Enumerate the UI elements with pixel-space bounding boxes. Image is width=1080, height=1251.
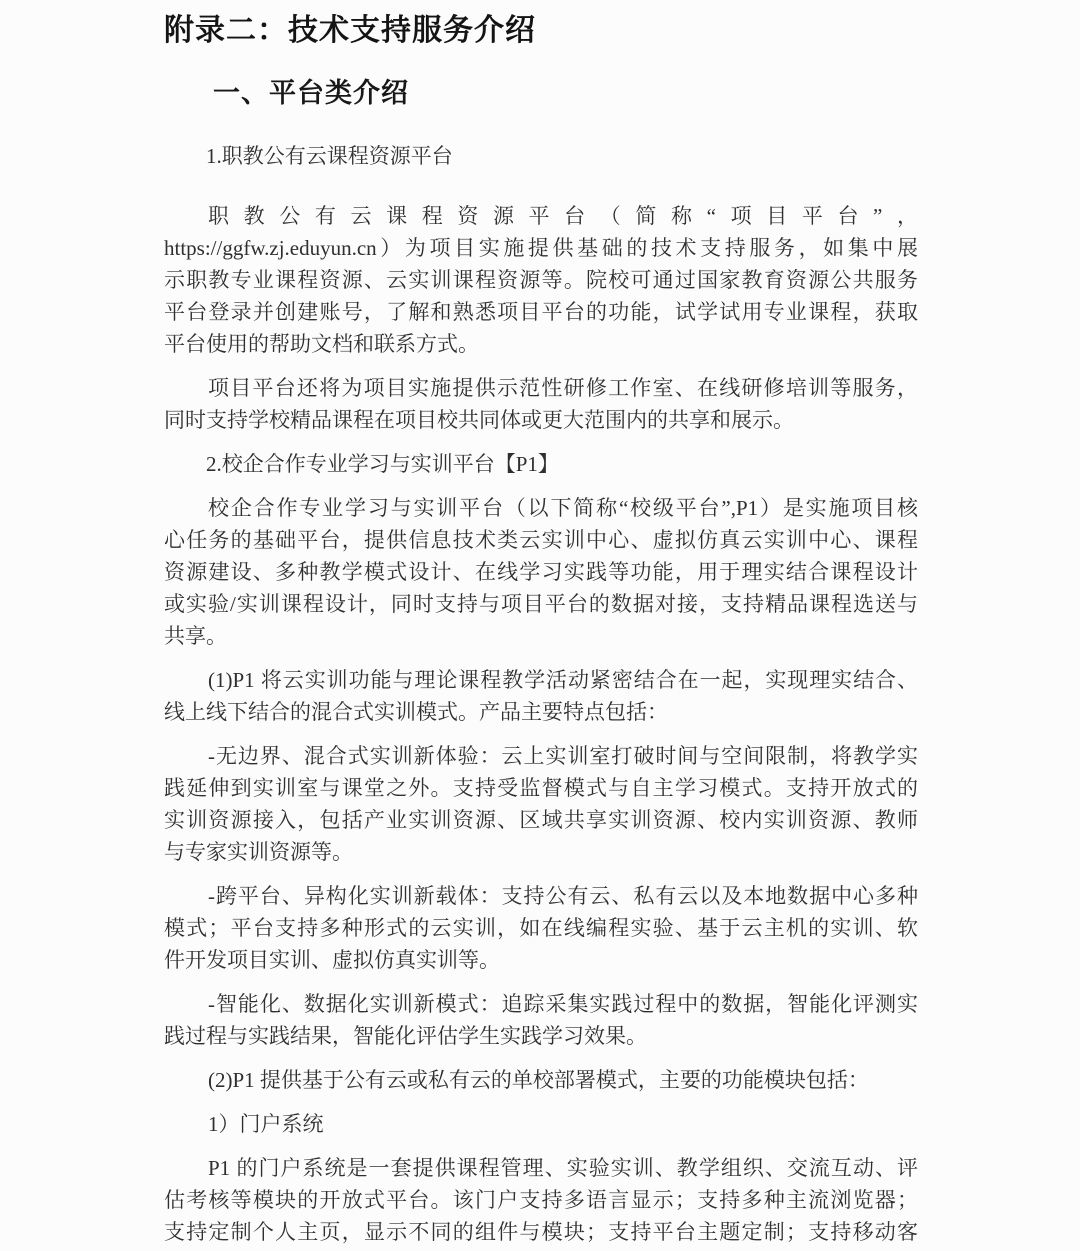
paragraph-line: 平台登录并创建账号，了解和熟悉项目平台的功能，试学试用专业课程，获取 — [164, 296, 918, 328]
item-heading: 1.职教公有云课程资源平台 — [164, 140, 918, 172]
paragraph-line: -无边界、混合式实训新体验：云上实训室打破时间与空间限制，将教学实 — [164, 740, 918, 772]
paragraph-line: 与专家实训资源等。 — [164, 836, 918, 868]
paragraph-block: -跨平台、异构化实训新载体：支持公有云、私有云以及本地数据中心多种模式；平台支持… — [164, 880, 918, 976]
paragraph-block: 校企合作专业学习与实训平台（以下简称“校级平台”,P1）是实施项目核心任务的基础… — [164, 492, 918, 652]
paragraph-block: -智能化、数据化实训新模式：追踪采集实践过程中的数据，智能化评测实践过程与实践结… — [164, 988, 918, 1052]
paragraph-line: 或实验/实训课程设计，同时支持与项目平台的数据对接，支持精品课程选送与 — [164, 588, 918, 620]
paragraph-block: 项目平台还将为项目实施提供示范性研修工作室、在线研修培训等服务，同时支持学校精品… — [164, 372, 918, 436]
paragraph-line: 件开发项目实训、虚拟仿真实训等。 — [164, 944, 918, 976]
document-page: 附录二：技术支持服务介绍 一、平台类介绍 1.职教公有云课程资源平台职教公有云课… — [0, 0, 1080, 1251]
paragraph-line: 共享。 — [164, 620, 918, 652]
document-body: 1.职教公有云课程资源平台职教公有云课程资源平台（简称“项目平台”，https:… — [164, 128, 918, 1248]
paragraph-line: 模式；平台支持多种形式的云实训，如在线编程实验、基于云主机的实训、软 — [164, 912, 918, 944]
paragraph-line: 平台使用的帮助文档和联系方式。 — [164, 328, 918, 360]
item-heading-block: 1.职教公有云课程资源平台 — [164, 140, 918, 172]
paragraph-block: -无边界、混合式实训新体验：云上实训室打破时间与空间限制，将教学实践延伸到实训室… — [164, 740, 918, 868]
paragraph-line: (2)P1 提供基于公有云或私有云的单校部署模式，主要的功能模块包括： — [164, 1064, 918, 1096]
paragraph-block: (2)P1 提供基于公有云或私有云的单校部署模式，主要的功能模块包括： — [164, 1064, 918, 1096]
paragraph-line: 线上线下结合的混合式实训模式。产品主要特点包括： — [164, 696, 918, 728]
paragraph-block: P1 的门户系统是一套提供课程管理、实验实训、教学组织、交流互动、评估考核等模块… — [164, 1152, 918, 1248]
paragraph-line: 实训资源接入，包括产业实训资源、区域共享实训资源、校内实训资源、教师 — [164, 804, 918, 836]
paragraph-line: 践过程与实践结果，智能化评估学生实践学习效果。 — [164, 1020, 918, 1052]
paragraph-line: -智能化、数据化实训新模式：追踪采集实践过程中的数据，智能化评测实 — [164, 988, 918, 1020]
paragraph-line: -跨平台、异构化实训新载体：支持公有云、私有云以及本地数据中心多种 — [164, 880, 918, 912]
paragraph-line: https://ggfw.zj.eduyun.cn）为项目实施提供基础的技术支持… — [164, 232, 918, 264]
paragraph-block: (1)P1 将云实训功能与理论课程教学活动紧密结合在一起，实现理实结合、线上线下… — [164, 664, 918, 728]
paragraph-line: 支持定制个人主页，显示不同的组件与模块；支持平台主题定制；支持移动客 — [164, 1216, 918, 1248]
item-heading-block: 2.校企合作专业学习与实训平台【P1】 — [164, 448, 918, 480]
paragraph-line: (1)P1 将云实训功能与理论课程教学活动紧密结合在一起，实现理实结合、 — [164, 664, 918, 696]
paragraph-line: 践延伸到实训室与课堂之外。支持受监督模式与自主学习模式。支持开放式的 — [164, 772, 918, 804]
paragraph-line: 心任务的基础平台，提供信息技术类云实训中心、虚拟仿真云实训中心、课程 — [164, 524, 918, 556]
paragraph-line: 资源建设、多种教学模式设计、在线学习实践等功能，用于理实结合课程设计 — [164, 556, 918, 588]
paragraph-line: P1 的门户系统是一套提供课程管理、实验实训、教学组织、交流互动、评 — [164, 1152, 918, 1184]
page-title: 附录二：技术支持服务介绍 — [164, 10, 918, 52]
paragraph-line: 同时支持学校精品课程在项目校共同体或更大范围内的共享和展示。 — [164, 404, 918, 436]
paragraph-line: 校企合作专业学习与实训平台（以下简称“校级平台”,P1）是实施项目核 — [164, 492, 918, 524]
paragraph-block: 职教公有云课程资源平台（简称“项目平台”，https://ggfw.zj.edu… — [164, 200, 918, 360]
section-heading: 一、平台类介绍 — [213, 75, 918, 111]
paragraph-line: 职教公有云课程资源平台（简称“项目平台”， — [164, 200, 918, 232]
paragraph-block: 1）门户系统 — [164, 1108, 918, 1140]
item-heading: 2.校企合作专业学习与实训平台【P1】 — [164, 448, 918, 480]
paragraph-line: 项目平台还将为项目实施提供示范性研修工作室、在线研修培训等服务， — [164, 372, 918, 404]
paragraph-line: 估考核等模块的开放式平台。该门户支持多语言显示；支持多种主流浏览器； — [164, 1184, 918, 1216]
paragraph-line: 示职教专业课程资源、云实训课程资源等。院校可通过国家教育资源公共服务 — [164, 264, 918, 296]
paragraph-line: 1）门户系统 — [164, 1108, 918, 1140]
